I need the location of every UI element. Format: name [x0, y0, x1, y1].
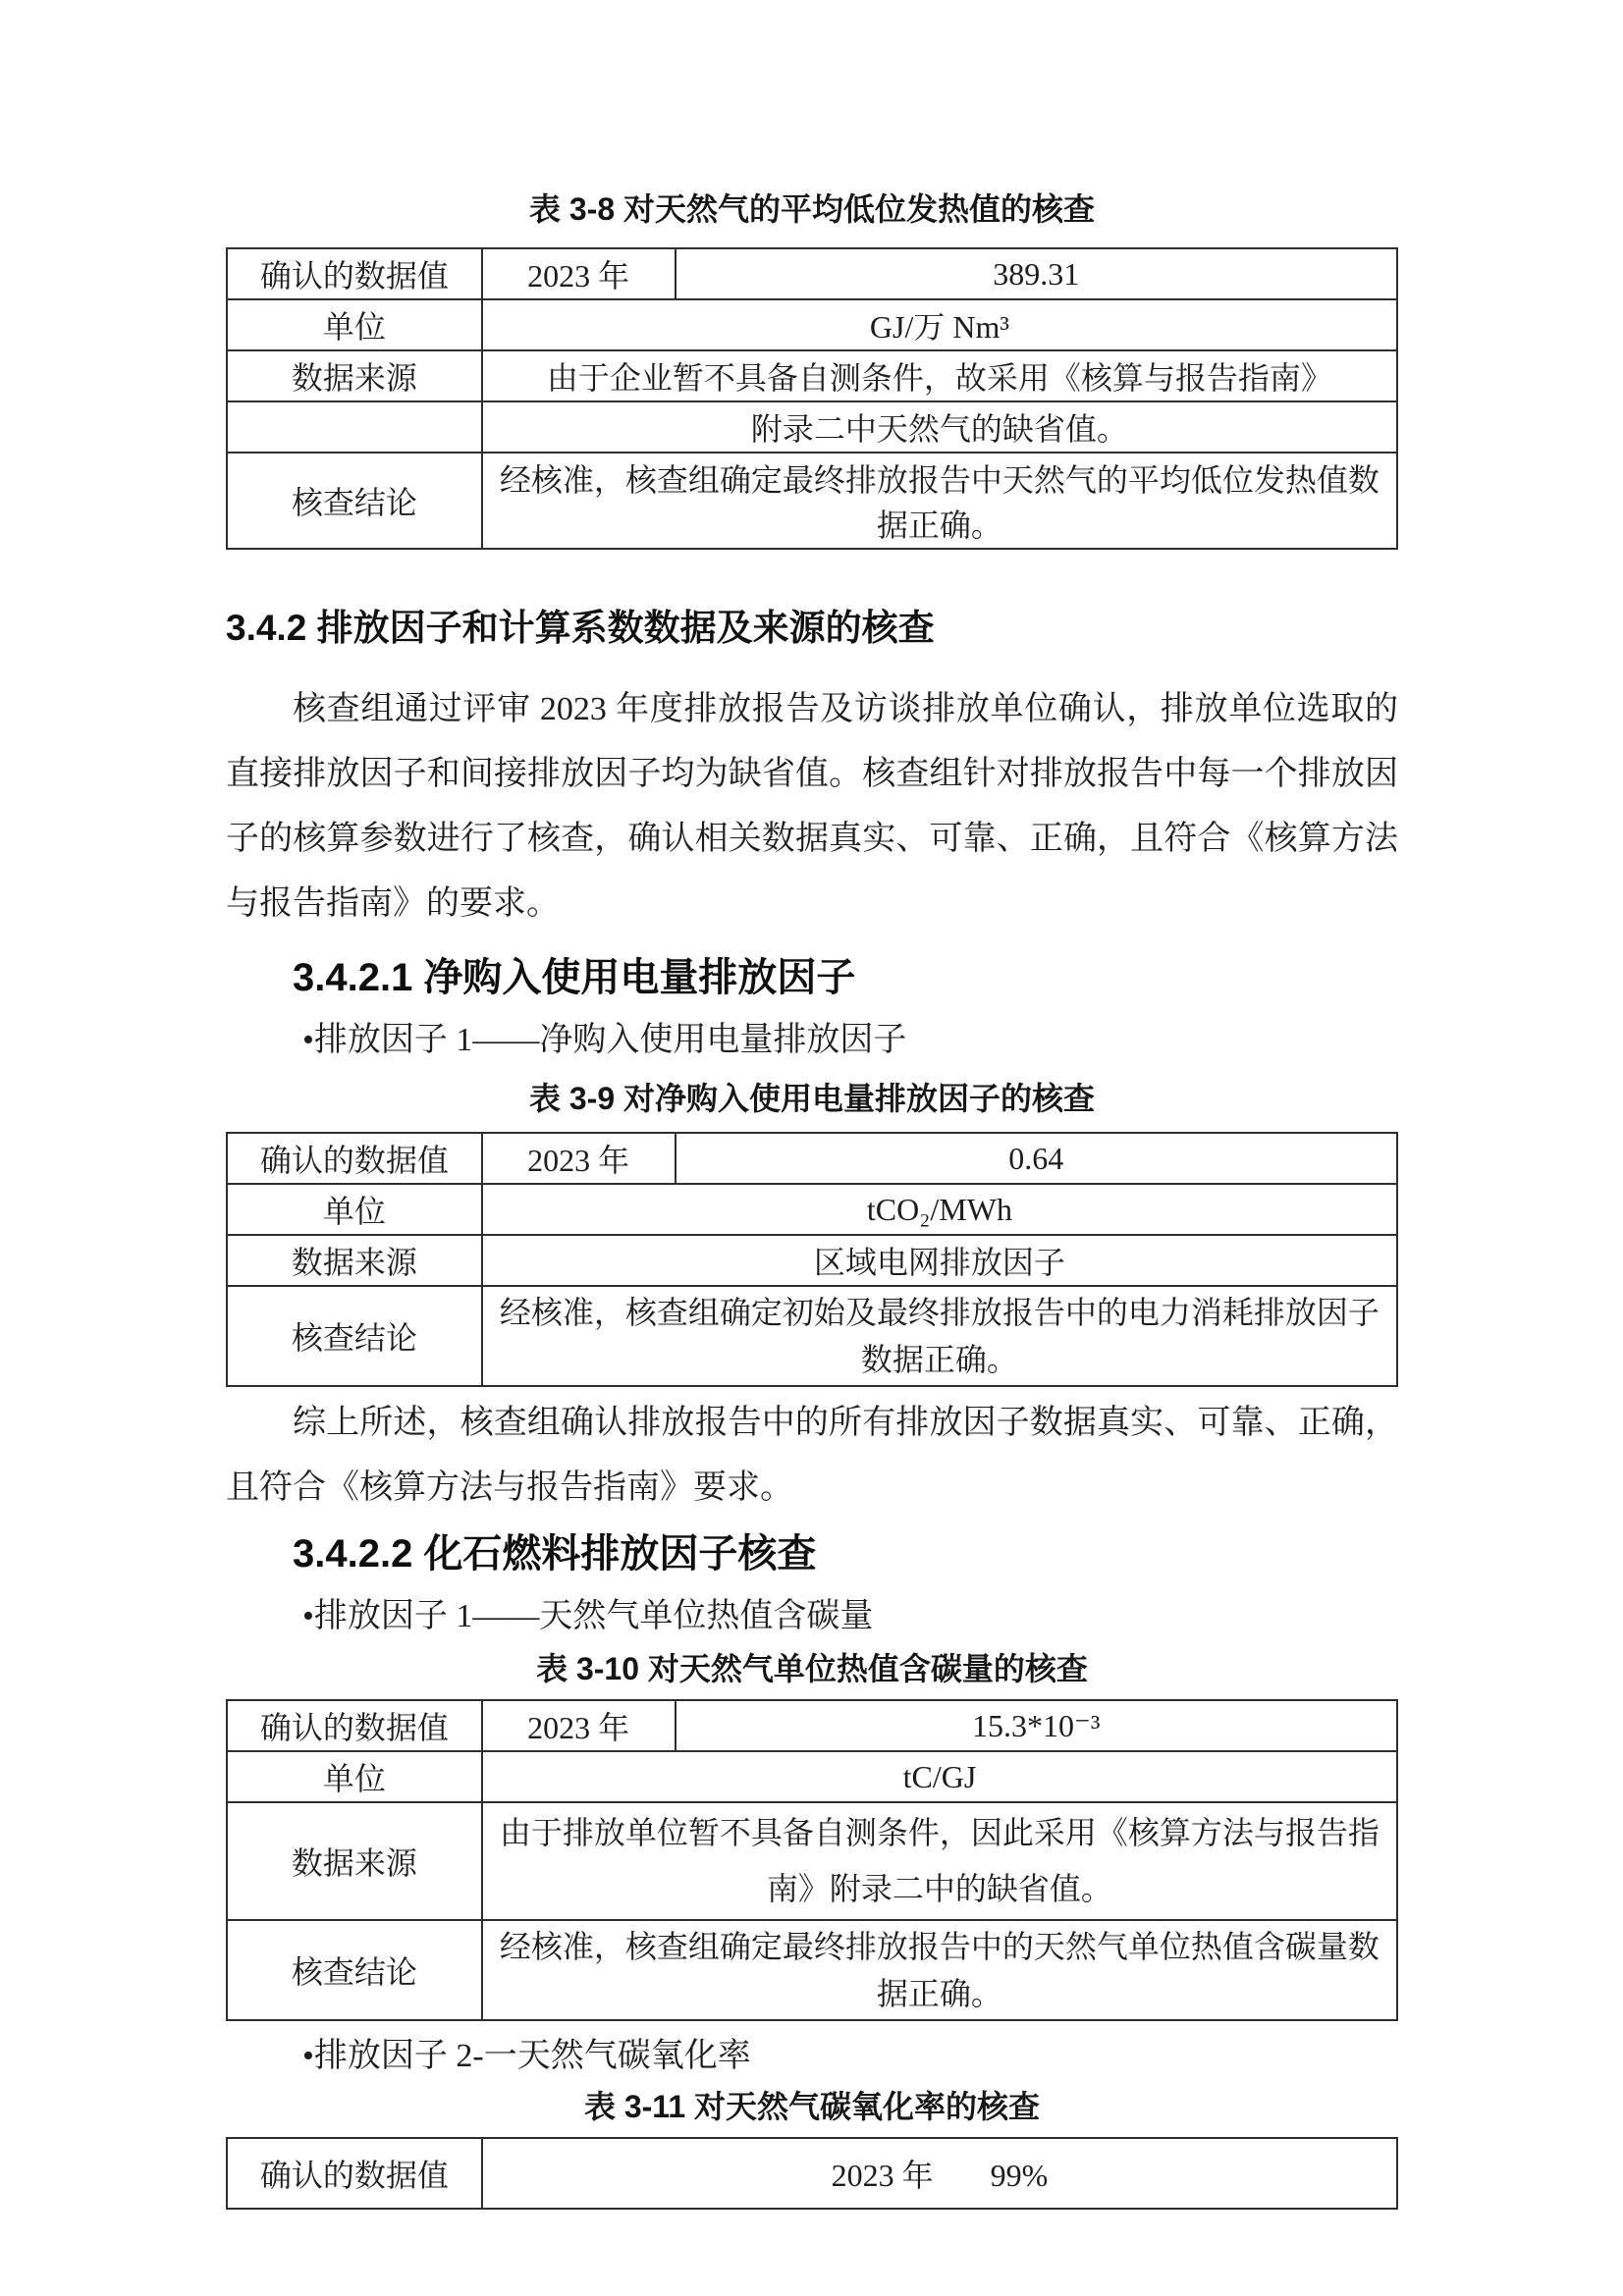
cell-confirmed-value: 15.3*10⁻³: [676, 1700, 1397, 1751]
table-3-9: 确认的数据值 2023 年 0.64 单位 tCO₂/MWh 数据来源 区域电网…: [226, 1132, 1398, 1387]
cell-source-line2: 附录二中天然气的缺省值。: [482, 401, 1397, 453]
table-row: 附录二中天然气的缺省值。: [227, 401, 1397, 453]
cell-confirmed-value: 2023 年99%: [482, 2138, 1397, 2209]
table-row: 数据来源 由于企业暂不具备自测条件，故采用《核算与报告指南》: [227, 350, 1397, 401]
table-row: 核查结论 经核准，核查组确定初始及最终排放报告中的电力消耗排放因子数据正确。: [227, 1286, 1397, 1386]
table-3-11-caption: 表 3-11 对天然气碳氧化率的核查: [226, 2086, 1398, 2127]
table-row: 确认的数据值 2023 年 15.3*10⁻³: [227, 1700, 1397, 1751]
cell-conclusion-value: 经核准，核查组确定最终排放报告中的天然气单位热值含碳量数据正确。: [482, 1920, 1397, 2020]
cell-source-label: 数据来源: [227, 1802, 482, 1920]
cell-empty: [227, 401, 482, 453]
table-row: 确认的数据值 2023 年 389.31: [227, 248, 1397, 299]
cell-confirmed-label: 确认的数据值: [227, 2138, 482, 2209]
table-3-8-caption: 表 3-8 对天然气的平均低位发热值的核查: [226, 188, 1398, 230]
table-3-8: 确认的数据值 2023 年 389.31 单位 GJ/万 Nm³ 数据来源 由于…: [226, 247, 1398, 550]
cell-source-label: 数据来源: [227, 1235, 482, 1286]
cell-conclusion-value: 经核准，核查组确定初始及最终排放报告中的电力消耗排放因子数据正确。: [482, 1286, 1397, 1386]
cell-source-value: 由于排放单位暂不具备自测条件，因此采用《核算方法与报告指南》附录二中的缺省值。: [482, 1802, 1397, 1920]
cell-year: 2023 年: [482, 248, 676, 299]
cell-unit-label: 单位: [227, 1751, 482, 1802]
bullet-emission-factor-2: •排放因子 2-一天然气碳氧化率: [302, 2035, 1398, 2078]
table-row: 单位 tC/GJ: [227, 1751, 1397, 1802]
table-3-10-caption: 表 3-10 对天然气单位热值含碳量的核查: [226, 1648, 1398, 1689]
table-row: 单位 GJ/万 Nm³: [227, 299, 1397, 350]
cell-year: 2023 年: [482, 1700, 676, 1751]
cell-unit-value: tCO₂/MWh: [482, 1184, 1397, 1235]
paragraph-3-4-2: 核查组通过评审 2023 年度排放报告及访谈排放单位确认，排放单位选取的直接排放…: [226, 677, 1398, 936]
cell-confirmed-value: 389.31: [676, 248, 1397, 299]
cell-year-text: 2023 年: [832, 2158, 934, 2193]
cell-source-label: 数据来源: [227, 350, 482, 401]
heading-3-4-2-2: 3.4.2.2 化石燃料排放因子核查: [293, 1528, 1398, 1579]
cell-source-line1: 由于企业暂不具备自测条件，故采用《核算与报告指南》: [482, 350, 1397, 401]
table-row: 核查结论 经核准，核查组确定最终排放报告中天然气的平均低位发热值数据正确。: [227, 453, 1397, 549]
paragraph-summary: 综上所述，核查组确认排放报告中的所有排放因子数据真实、可靠、正确，且符合《核算方…: [226, 1391, 1398, 1521]
table-row: 数据来源 区域电网排放因子: [227, 1235, 1397, 1286]
cell-unit-label: 单位: [227, 299, 482, 350]
table-3-9-caption: 表 3-9 对净购入使用电量排放因子的核查: [226, 1078, 1398, 1119]
table-row: 确认的数据值 2023 年99%: [227, 2138, 1397, 2209]
cell-confirmed-label: 确认的数据值: [227, 1133, 482, 1184]
bullet-emission-factor-1-gas: •排放因子 1——天然气单位热值含碳量: [302, 1595, 1398, 1638]
table-row: 单位 tCO₂/MWh: [227, 1184, 1397, 1235]
table-row: 确认的数据值 2023 年 0.64: [227, 1133, 1397, 1184]
cell-unit-label: 单位: [227, 1184, 482, 1235]
cell-unit-value: tC/GJ: [482, 1751, 1397, 1802]
table-row: 数据来源 由于排放单位暂不具备自测条件，因此采用《核算方法与报告指南》附录二中的…: [227, 1802, 1397, 1920]
cell-percent-text: 99%: [991, 2158, 1049, 2193]
cell-source-value: 区域电网排放因子: [482, 1235, 1397, 1286]
cell-conclusion-label: 核查结论: [227, 1286, 482, 1386]
table-row: 核查结论 经核准，核查组确定最终排放报告中的天然气单位热值含碳量数据正确。: [227, 1920, 1397, 2020]
cell-unit-value: GJ/万 Nm³: [482, 299, 1397, 350]
heading-3-4-2-1: 3.4.2.1 净购入使用电量排放因子: [293, 952, 1398, 1003]
document-page: 表 3-8 对天然气的平均低位发热值的核查 确认的数据值 2023 年 389.…: [0, 0, 1623, 2296]
cell-conclusion-label: 核查结论: [227, 453, 482, 549]
bullet-emission-factor-1: •排放因子 1——净购入使用电量排放因子: [302, 1019, 1398, 1062]
cell-conclusion-value: 经核准，核查组确定最终排放报告中天然气的平均低位发热值数据正确。: [482, 453, 1397, 549]
heading-3-4-2: 3.4.2 排放因子和计算系数数据及来源的核查: [226, 605, 1398, 652]
cell-confirmed-label: 确认的数据值: [227, 1700, 482, 1751]
table-3-11: 确认的数据值 2023 年99%: [226, 2137, 1398, 2210]
cell-year: 2023 年: [482, 1133, 676, 1184]
cell-conclusion-label: 核查结论: [227, 1920, 482, 2020]
table-3-10: 确认的数据值 2023 年 15.3*10⁻³ 单位 tC/GJ 数据来源 由于…: [226, 1699, 1398, 2021]
cell-confirmed-label: 确认的数据值: [227, 248, 482, 299]
cell-confirmed-value: 0.64: [676, 1133, 1397, 1184]
